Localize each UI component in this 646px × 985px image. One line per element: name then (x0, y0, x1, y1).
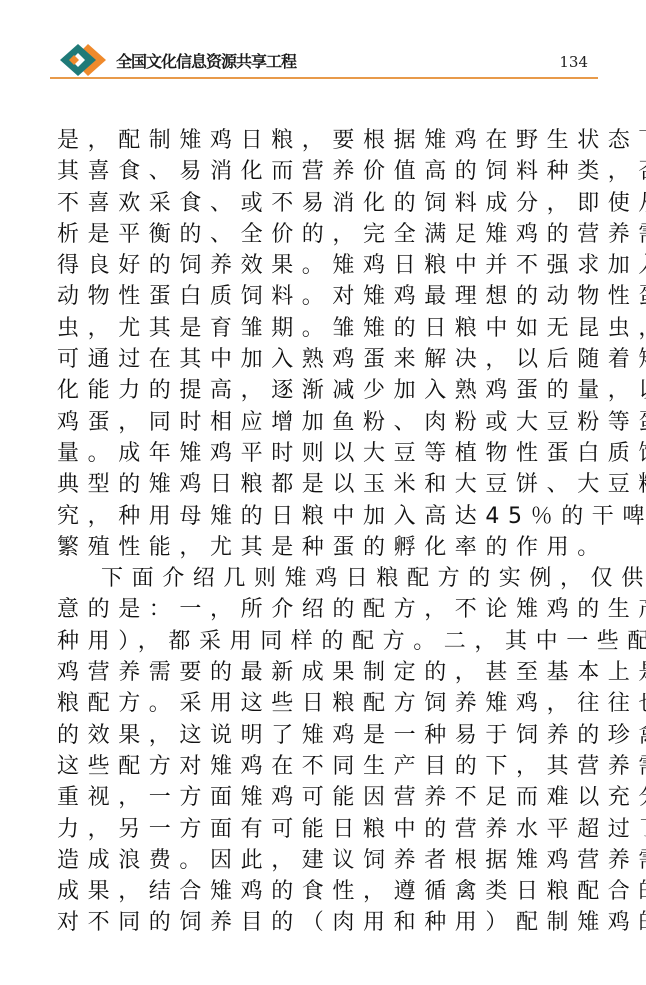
text-line: 这些配方对雉鸡在不同生产目的下，其营养需要的特点不够 (57, 751, 597, 782)
text-line: 繁殖性能，尤其是种蛋的孵化率的作用。 (57, 532, 597, 563)
text-line: 究，种用母雉的日粮中加入高达45％的干啤酒精，有提高 (57, 501, 597, 532)
page-header: 全国文化信息资源共享工程 134 (60, 40, 598, 80)
text-line: 意的是：一，所介绍的配方，不论雉鸡的生产目的（肉用或 (57, 594, 597, 625)
text-line: 成果，结合雉鸡的食性，遵循禽类日粮配合的一般原则，针 (57, 876, 597, 907)
text-line: 造成浪费。因此，建议饲养者根据雉鸡营养需要研究的最新 (57, 845, 597, 876)
text-line: 鸡营养需要的最新成果制定的，甚至基本上是采用家鸡的日 (57, 657, 597, 688)
text-line: 可通过在其中加入熟鸡蛋来解决，以后随着雉鸡的长大、消 (57, 344, 597, 375)
page-body: 是，配制雉鸡日粮，要根据雉鸡在野生状态下的食性，选择 其喜食、易消化而营养价值高… (57, 125, 597, 939)
paragraph-1: 是，配制雉鸡日粮，要根据雉鸡在野生状态下的食性，选择 其喜食、易消化而营养价值高… (57, 125, 597, 563)
text-line: 虫，尤其是育雏期。雏雉的日粮中如无昆虫，动物性蛋白质 (57, 313, 597, 344)
text-line: 种用），都采用同样的配方。二，其中一些配方不是根据雉 (57, 626, 597, 657)
paragraph-2: 下面介绍几则雉鸡日粮配方的实例，仅供参考。值得注 意的是：一，所介绍的配方，不论… (57, 563, 597, 939)
text-line: 粮配方。采用这些日粮配方饲养雉鸡，往往也取得了较理想 (57, 688, 597, 719)
text-line: 不喜欢采食、或不易消化的饲料成分，即使从营养成分上分 (57, 188, 597, 219)
logo-icon (60, 42, 112, 78)
text-line: 下面介绍几则雉鸡日粮配方的实例，仅供参考。值得注 (57, 563, 597, 594)
text-line: 析是平衡的、全价的，完全满足雉鸡的营养需要，也难以获 (57, 219, 597, 250)
page-number: 134 (559, 53, 588, 71)
text-line: 化能力的提高，逐渐减少加入熟鸡蛋的量，以至停止加入熟 (57, 375, 597, 406)
header-title: 全国文化信息资源共享工程 (116, 49, 296, 72)
text-line: 得良好的饲养效果。雉鸡日粮中并不强求加入鱼粉、肉粉等 (57, 250, 597, 281)
text-line: 是，配制雉鸡日粮，要根据雉鸡在野生状态下的食性，选择 (57, 125, 597, 156)
text-line: 典型的雉鸡日粮都是以玉米和大豆饼、大豆粉为主。据研 (57, 469, 597, 500)
text-line: 量。成年雉鸡平时则以大豆等植物性蛋白质饲料为主。许多 (57, 438, 597, 469)
text-line: 力，另一方面有可能日粮中的营养水平超过了雉鸡的需要而 (57, 814, 597, 845)
text-line: 动物性蛋白质饲料。对雉鸡最理想的动物性蛋白质饲料是昆 (57, 281, 597, 312)
text-line: 对不同的饲养目的（肉用和种用）配制雉鸡的日粮，以充分 (57, 907, 597, 938)
text-line: 重视，一方面雉鸡可能因营养不足而难以充分发挥其生产潜 (57, 782, 597, 813)
text-line: 其喜食、易消化而营养价值高的饲料种类，否则，选用雉鸡 (57, 156, 597, 187)
text-line: 鸡蛋，同时相应增加鱼粉、肉粉或大豆粉等蛋白质饲料的用 (57, 407, 597, 438)
text-line: 的效果，这说明了雉鸡是一种易于饲养的珍禽。但是，由于 (57, 720, 597, 751)
header-rule (50, 77, 598, 79)
